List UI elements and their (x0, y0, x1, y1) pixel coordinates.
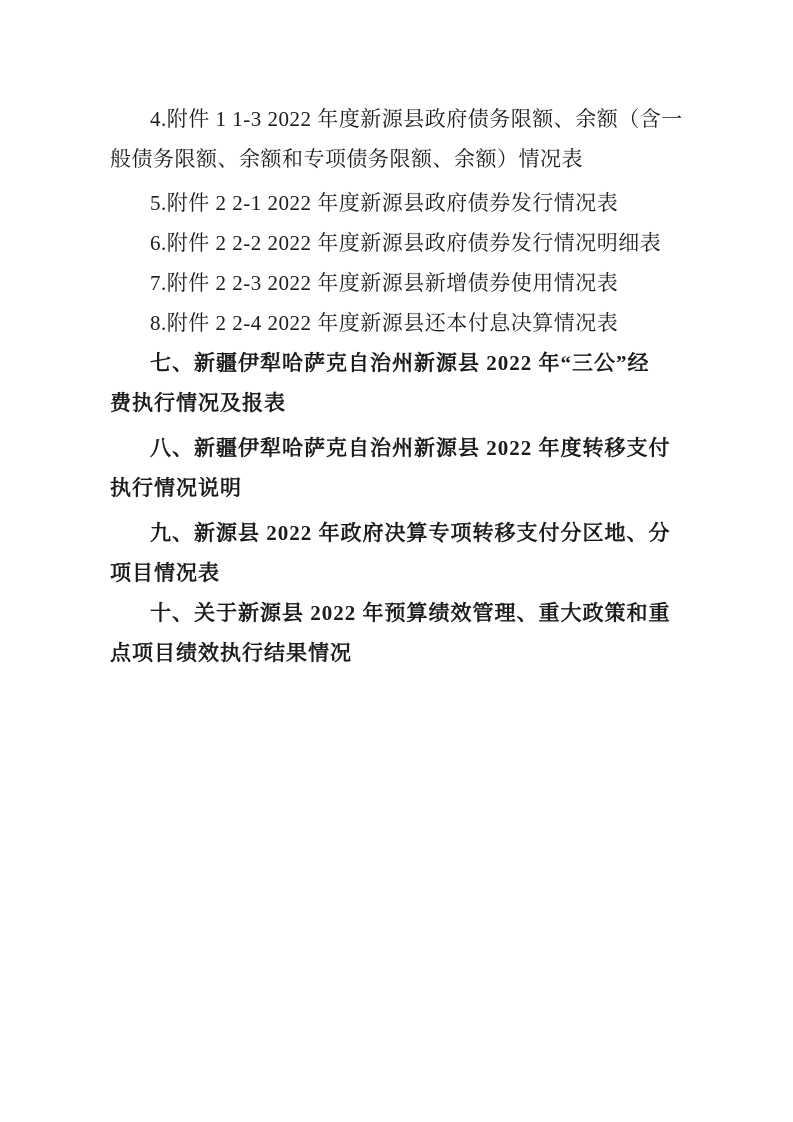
text-line: 4.附件 1 1-3 2022 年度新源县政府债务限额、余额（含一 (110, 99, 730, 139)
attachment-item-7: 7.附件 2 2-3 2022 年度新源县新增债券使用情况表 (110, 263, 730, 303)
text-line: 5.附件 2 2-1 2022 年度新源县政府债券发行情况表 (110, 183, 730, 223)
text-line: 点项目绩效执行结果情况 (110, 633, 730, 673)
text-line: 执行情况说明 (110, 468, 730, 508)
document-page: 4.附件 1 1-3 2022 年度新源县政府债务限额、余额（含一 般债务限额、… (0, 0, 793, 1122)
attachment-item-4: 4.附件 1 1-3 2022 年度新源县政府债务限额、余额（含一 般债务限额、… (110, 99, 730, 179)
section-heading-8: 八、新疆伊犁哈萨克自治州新源县 2022 年度转移支付 执行情况说明 (110, 428, 730, 508)
text-line: 九、新源县 2022 年政府决算专项转移支付分区地、分 (110, 513, 730, 553)
text-line: 项目情况表 (110, 553, 730, 593)
attachment-item-5: 5.附件 2 2-1 2022 年度新源县政府债券发行情况表 (110, 183, 730, 223)
text-line: 7.附件 2 2-3 2022 年度新源县新增债券使用情况表 (110, 263, 730, 303)
text-line: 八、新疆伊犁哈萨克自治州新源县 2022 年度转移支付 (110, 428, 730, 468)
text-line: 8.附件 2 2-4 2022 年度新源县还本付息决算情况表 (110, 303, 730, 343)
document-body: 4.附件 1 1-3 2022 年度新源县政府债务限额、余额（含一 般债务限额、… (110, 0, 730, 673)
text-line: 七、新疆伊犁哈萨克自治州新源县 2022 年“三公”经 (110, 343, 730, 383)
section-heading-10: 十、关于新源县 2022 年预算绩效管理、重大政策和重 点项目绩效执行结果情况 (110, 593, 730, 673)
attachment-item-8: 8.附件 2 2-4 2022 年度新源县还本付息决算情况表 (110, 303, 730, 343)
text-line: 般债务限额、余额和专项债务限额、余额）情况表 (110, 139, 730, 179)
text-line: 6.附件 2 2-2 2022 年度新源县政府债券发行情况明细表 (110, 223, 730, 263)
text-line: 费执行情况及报表 (110, 383, 730, 423)
section-heading-7: 七、新疆伊犁哈萨克自治州新源县 2022 年“三公”经 费执行情况及报表 (110, 343, 730, 423)
text-line: 十、关于新源县 2022 年预算绩效管理、重大政策和重 (110, 593, 730, 633)
section-heading-9: 九、新源县 2022 年政府决算专项转移支付分区地、分 项目情况表 (110, 513, 730, 593)
attachment-item-6: 6.附件 2 2-2 2022 年度新源县政府债券发行情况明细表 (110, 223, 730, 263)
